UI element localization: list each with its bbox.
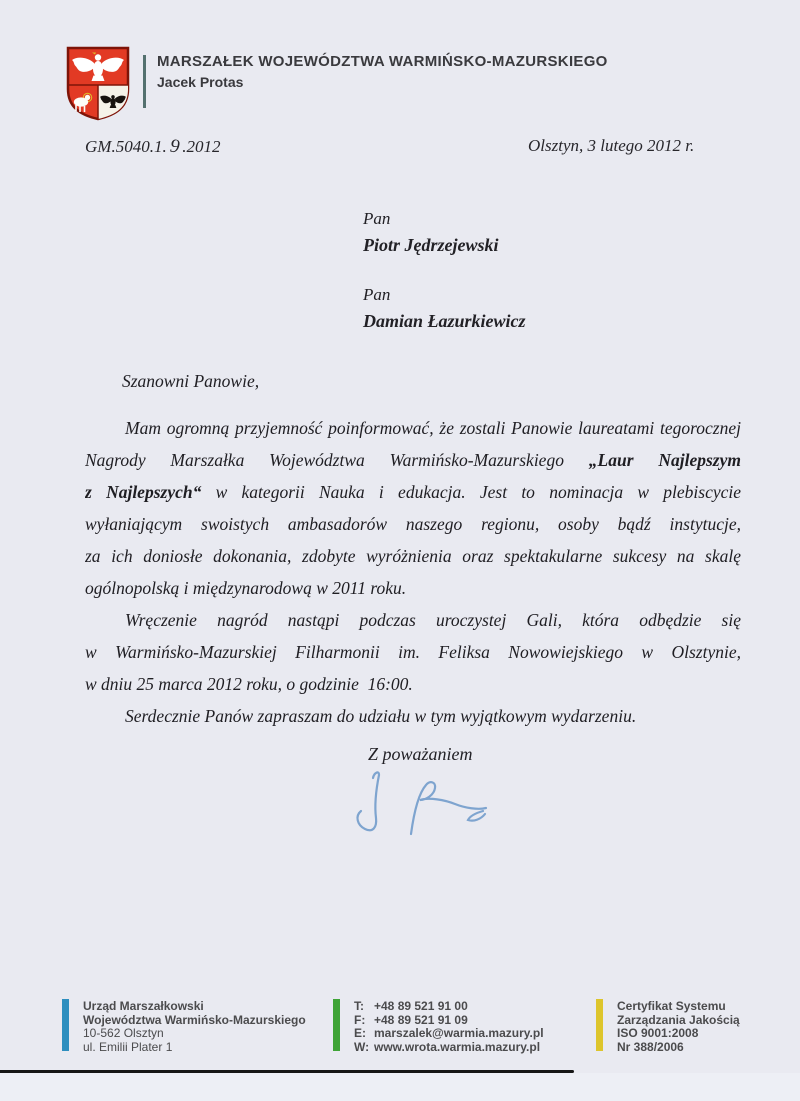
body-text-segment: w dniu 25 marca 2012 roku, o godzinie 16… xyxy=(85,674,413,694)
contact-label: W: xyxy=(354,1041,374,1055)
footer-contact-text: T: +48 89 521 91 00 F: +48 89 521 91 09 … xyxy=(354,999,544,1054)
address-color-bar xyxy=(62,999,69,1051)
body-line: ogólnopolską i międzynarodową w 2011 rok… xyxy=(85,572,741,604)
dateline: Olsztyn, 3 lutego 2012 r. xyxy=(528,136,694,156)
reference-prefix: GM.5040.1. xyxy=(85,137,167,156)
body-text-segment: Nagrody Marszałka Województwa Warmińsko-… xyxy=(85,450,589,470)
reference-handwritten-digit: 9 xyxy=(166,135,184,158)
recipient: Pan Damian Łazurkiewicz xyxy=(363,282,526,334)
body-text-segment: ogólnopolską i międzynarodową w 2011 rok… xyxy=(85,578,406,598)
certificate-color-bar xyxy=(596,999,603,1051)
address-line: 10-562 Olsztyn xyxy=(83,1027,306,1041)
contact-row: E: marszalek@warmia.mazury.pl xyxy=(354,1027,544,1041)
recipient-salutation: Pan xyxy=(363,282,526,308)
body-line: Serdecznie Panów zapraszam do udziału w … xyxy=(85,700,741,732)
body-text-segment: wyłaniającym swoistych ambasadorów nasze… xyxy=(85,514,741,534)
signature xyxy=(335,762,515,862)
certificate-line: ISO 9001:2008 xyxy=(617,1027,740,1041)
salutation: Szanowni Panowie, xyxy=(122,371,259,392)
body-text-segment: w Warmińsko-Mazurskiej Filharmonii im. F… xyxy=(85,642,741,662)
reference-suffix: .2012 xyxy=(182,137,220,156)
letter-body: Mam ogromną przyjemność poinformować, że… xyxy=(85,412,741,732)
letter-page: MARSZAŁEK WOJEWÓDZTWA WARMIŃSKO-MAZURSKI… xyxy=(0,0,800,1101)
contact-row: T: +48 89 521 91 00 xyxy=(354,1000,544,1014)
scan-bottom-strip xyxy=(0,1073,800,1101)
recipient-name: Damian Łazurkiewicz xyxy=(363,308,526,334)
body-text-segment: za ich doniosłe dokonania, zdobyte wyróż… xyxy=(85,546,741,566)
recipients: Pan Piotr Jędrzejewski Pan Damian Łazurk… xyxy=(363,206,526,358)
body-line: Mam ogromną przyjemność poinformować, że… xyxy=(85,412,741,444)
body-line: w Warmińsko-Mazurskiej Filharmonii im. F… xyxy=(85,636,741,668)
reference-number: GM.5040.1.9.2012 xyxy=(85,136,220,158)
address-line: Urząd Marszałkowski xyxy=(83,1000,306,1014)
certificate-line: Nr 388/2006 xyxy=(617,1041,740,1055)
contact-value: +48 89 521 91 00 xyxy=(374,1000,468,1014)
contact-row: W: www.wrota.warmia.mazury.pl xyxy=(354,1041,544,1055)
body-line: wyłaniającym swoistych ambasadorów nasze… xyxy=(85,508,741,540)
recipient: Pan Piotr Jędrzejewski xyxy=(363,206,526,258)
footer-contact-block: T: +48 89 521 91 00 F: +48 89 521 91 09 … xyxy=(333,999,544,1054)
body-text-segment: w kategorii Nauka i edukacja. Jest to no… xyxy=(216,482,741,502)
body-text-segment: Mam ogromną przyjemność poinformować, że… xyxy=(125,418,741,438)
contact-value: marszalek@warmia.mazury.pl xyxy=(374,1027,544,1041)
contact-value: +48 89 521 91 09 xyxy=(374,1014,468,1028)
body-line: z Najlepszych“ w kategorii Nauka i eduka… xyxy=(85,476,741,508)
footer-certificate-block: Certyfikat SystemuZarządzania JakościąIS… xyxy=(596,999,740,1054)
body-text-segment: Serdecznie Panów zapraszam do udziału w … xyxy=(125,706,636,726)
sender-title: MARSZAŁEK WOJEWÓDZTWA WARMIŃSKO-MAZURSKI… xyxy=(157,53,608,70)
contact-label: E: xyxy=(354,1027,374,1041)
footer-address-text: Urząd MarszałkowskiWojewództwa Warmińsko… xyxy=(83,999,306,1054)
recipient-salutation: Pan xyxy=(363,206,526,232)
body-text-segment: „Laur Najlepszym xyxy=(589,450,741,470)
address-line: ul. Emilii Plater 1 xyxy=(83,1041,306,1055)
contact-label: F: xyxy=(354,1014,374,1028)
certificate-line: Certyfikat Systemu xyxy=(617,1000,740,1014)
address-line: Województwa Warmińsko-Mazurskiego xyxy=(83,1014,306,1028)
contact-color-bar xyxy=(333,999,340,1051)
footer-certificate-text: Certyfikat SystemuZarządzania JakościąIS… xyxy=(617,999,740,1054)
certificate-line: Zarządzania Jakością xyxy=(617,1014,740,1028)
recipient-name: Piotr Jędrzejewski xyxy=(363,232,526,258)
contact-row: F: +48 89 521 91 09 xyxy=(354,1014,544,1028)
body-line: Nagrody Marszałka Województwa Warmińsko-… xyxy=(85,444,741,476)
letterhead: MARSZAŁEK WOJEWÓDZTWA WARMIŃSKO-MAZURSKI… xyxy=(157,53,608,90)
body-line: Wręczenie nagród nastąpi podczas uroczys… xyxy=(85,604,741,636)
footer-address-block: Urząd MarszałkowskiWojewództwa Warmińsko… xyxy=(62,999,306,1054)
contact-value: www.wrota.warmia.mazury.pl xyxy=(374,1041,540,1055)
coat-of-arms xyxy=(64,45,132,123)
body-line: w dniu 25 marca 2012 roku, o godzinie 16… xyxy=(85,668,741,700)
sender-name: Jacek Protas xyxy=(157,74,608,90)
body-text-segment: Wręczenie nagród nastąpi podczas uroczys… xyxy=(125,610,741,630)
body-line: za ich doniosłe dokonania, zdobyte wyróż… xyxy=(85,540,741,572)
header-divider xyxy=(143,55,146,108)
contact-label: T: xyxy=(354,1000,374,1014)
body-text-segment: z Najlepszych“ xyxy=(85,482,216,502)
